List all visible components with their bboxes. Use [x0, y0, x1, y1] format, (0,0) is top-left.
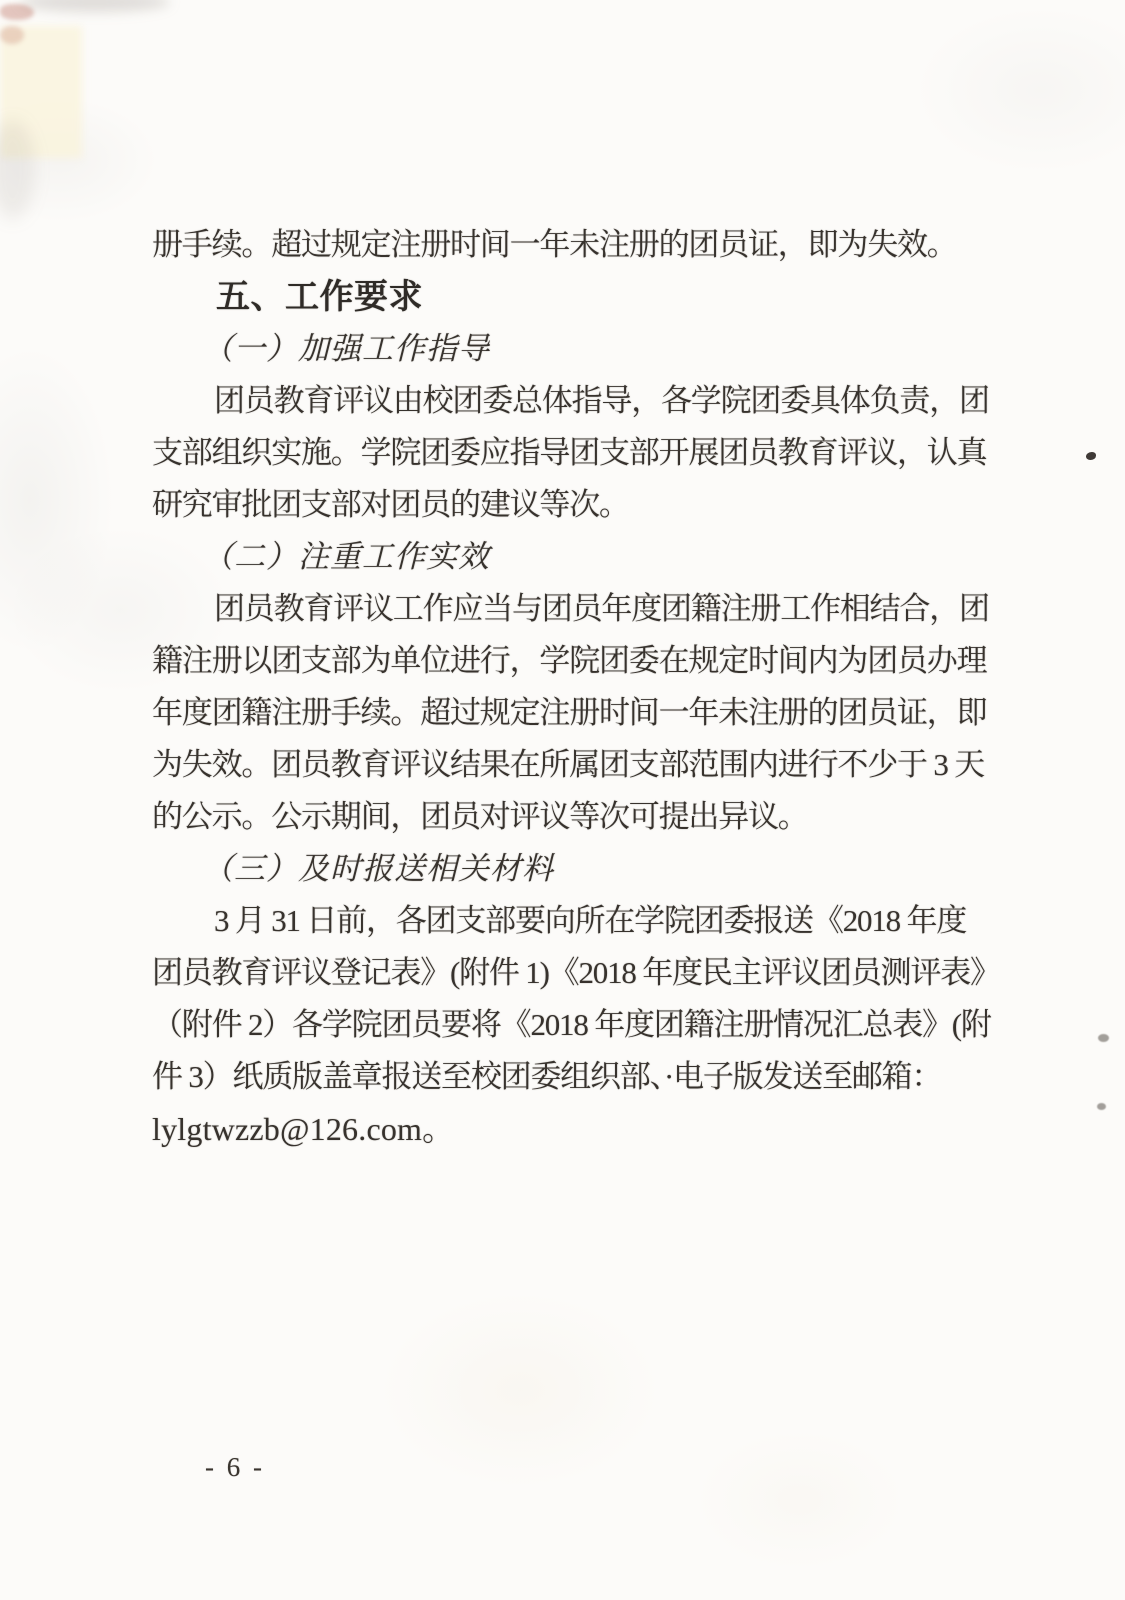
text-line: 的公示。公示期间，团员对评议等次可提出异议。 [152, 791, 992, 843]
text-line: 年度团籍注册手续。超过规定注册时间一年未注册的团员证，即 [152, 687, 992, 739]
subsection-heading: （二）注重工作实效 [152, 531, 992, 583]
section-heading: 五、工作要求 [152, 271, 992, 323]
text-line: 团员教育评议由校团委总体指导，各学院团委具体负责，团 [152, 375, 992, 427]
text-line: 团员教育评议登记表》(附件 1)《2018 年度民主评议团员测评表》 [152, 947, 992, 999]
email-line: lylgtwzzb@126.com。 [152, 1103, 992, 1155]
page-number: - 6 - [205, 1452, 265, 1483]
document-page: 册手续。超过规定注册时间一年未注册的团员证，即为失效。 五、工作要求 （一）加强… [0, 0, 1125, 1600]
subsection-heading: （三）及时报送相关材料 [152, 843, 992, 895]
text-line: 册手续。超过规定注册时间一年未注册的团员证，即为失效。 [152, 219, 992, 271]
text-line: 3 月 31 日前，各团支部要向所在学院团委报送《2018 年度 [152, 895, 992, 947]
text-line: 为失效。团员教育评议结果在所属团支部范围内进行不少于 3 天 [152, 739, 992, 791]
text-line: 件 3）纸质版盖章报送至校团委组织部、·电子版发送至邮箱： [152, 1051, 992, 1103]
text-line: 支部组织实施。学院团委应指导团支部开展团员教育评议，认真 [152, 427, 992, 479]
text-line: 研究审批团支部对团员的建议等次。 [152, 479, 992, 531]
text-line: 团员教育评议工作应当与团员年度团籍注册工作相结合，团 [152, 583, 992, 635]
text-line: （附件 2）各学院团员要将《2018 年度团籍注册情况汇总表》(附 [152, 999, 992, 1051]
text-block: 册手续。超过规定注册时间一年未注册的团员证，即为失效。 五、工作要求 （一）加强… [152, 219, 992, 1155]
subsection-heading: （一）加强工作指导 [152, 323, 992, 375]
text-line: 籍注册以团支部为单位进行，学院团委在规定时间内为团员办理 [152, 635, 992, 687]
